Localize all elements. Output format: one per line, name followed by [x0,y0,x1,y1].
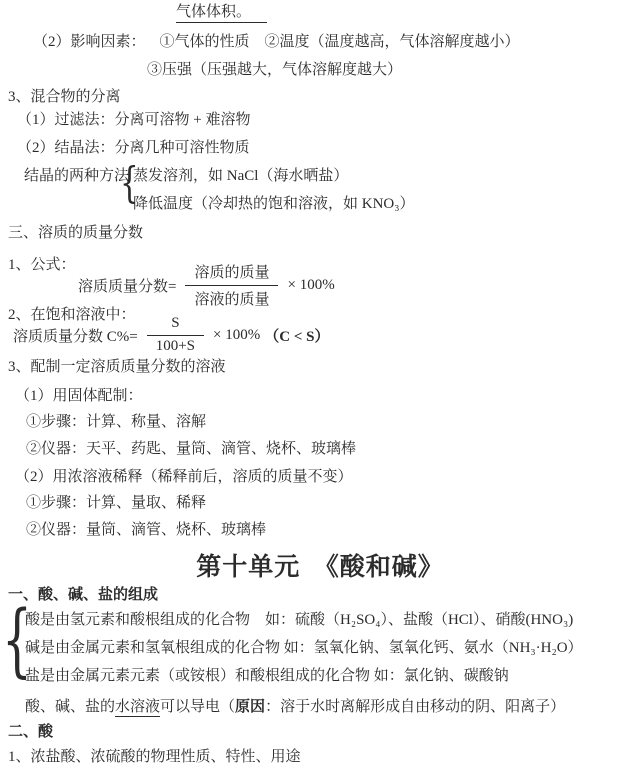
unit-title: 第十单元 《酸和碱》 [0,547,640,583]
line-crystal-method: （2）结晶法：分离几种可溶性物质 [17,139,250,158]
line-solid-tools: ②仪器：天平、药匙、量筒、滴管、烧杯、玻璃棒 [26,440,356,459]
formula2-fraction: S 100+S [147,315,204,355]
line-mixture-heading: 3、混合物的分离 [8,88,121,107]
line-dilute-prep: （2）用浓溶液稀释（稀释前后，溶质的质量不变） [15,468,353,487]
line-solid-prep: （1）用固体配制： [15,387,143,406]
conductivity-pre: 酸、碱、盐的 [25,699,115,715]
line-base-composition: 碱是由金属元素和氢氧根组成的化合物 如：氢氧化钠、氢氧化钙、氨水（NH₃·H₂O… [25,639,583,658]
conductivity-post: ：溶于水时离解形成自由移动的阴、阳离子） [265,699,565,715]
formula2-note: （C < S） [264,325,329,346]
formula1-rhs: × 100% [287,277,334,294]
line-acid-props: 1、浓盐酸、浓硫酸的物理性质、特性、用途 [8,748,301,767]
formula1-fraction: 溶质的质量 溶液的质量 [185,261,278,309]
line-filter-method: （1）过滤法：分离可溶物 + 难溶物 [17,111,250,130]
formula-mass-fraction: 溶质质量分数= 溶质的质量 溶液的质量 × 100% [78,261,335,309]
line-dilute-steps: ①步骤：计算、量取、稀释 [26,494,206,513]
line-section-two-heading: 二、酸 [8,723,53,742]
formula1-numerator: 溶质的质量 [185,261,278,283]
conductivity-underlined: 水溶液 [115,699,160,717]
line-solid-steps: ①步骤：计算、称量、溶解 [26,413,206,432]
line-formula-heading: 1、公式： [8,256,76,275]
conductivity-bold-word: 原因 [235,698,265,715]
factors-label: （2）影响因素： [33,34,146,50]
line-section-three-heading: 三、溶质的质量分数 [8,224,143,243]
underlined-text: 气体体积。 [176,4,267,23]
conductivity-mid: 可以导电（ [160,699,235,715]
formula2-rhs: × 100% [213,327,260,344]
formula2-numerator: S [162,315,188,333]
factors-items: ①气体的性质 ②温度（温度越高，气体溶解度越小） [160,34,520,50]
formula1-denominator: 溶液的质量 [185,285,278,309]
formula1-lhs: 溶质质量分数= [78,275,176,296]
line-salt-composition: 盐是由金属元素元素（或铵根）和酸根组成的化合物 如：氯化钠、碳酸钠 [25,667,509,686]
document-page: 气体体积。 （2）影响因素：①气体的性质 ②温度（温度越高，气体溶解度越小） ③… [0,0,640,767]
line-crystal-item1: 蒸发溶剂，如 NaCl（海水晒盐） [133,167,348,186]
line-crystal-label: 结晶的两种方法 [24,167,129,186]
line-pressure: ③压强（压强越大，气体溶解度越大） [147,61,402,80]
line-conductivity: 酸、碱、盐的水溶液可以导电（原因：溶于水时离解形成自由移动的阴、阳离子） [25,698,565,717]
line-acid-composition: 酸是由氢元素和酸根组成的化合物 如：硫酸（H₂SO₄）、盐酸（HCl）、硝酸(H… [25,611,573,630]
line-prep-heading: 3、配制一定溶质质量分数的溶液 [8,358,226,377]
line-dilute-tools: ②仪器：量筒、滴管、烧杯、玻璃棒 [26,521,266,540]
formula2-lhs: 溶质质量分数 C%= [13,325,138,346]
line-crystal-item2: 降低温度（冷却热的饱和溶液，如 KNO₃） [133,195,414,214]
formula-saturated: 溶质质量分数 C%= S 100+S × 100% （C < S） [13,315,329,355]
line-gas-volume: 气体体积。 [176,3,267,22]
line-factors: （2）影响因素：①气体的性质 ②温度（温度越高，气体溶解度越小） [33,33,520,52]
formula2-denominator: 100+S [147,335,204,355]
